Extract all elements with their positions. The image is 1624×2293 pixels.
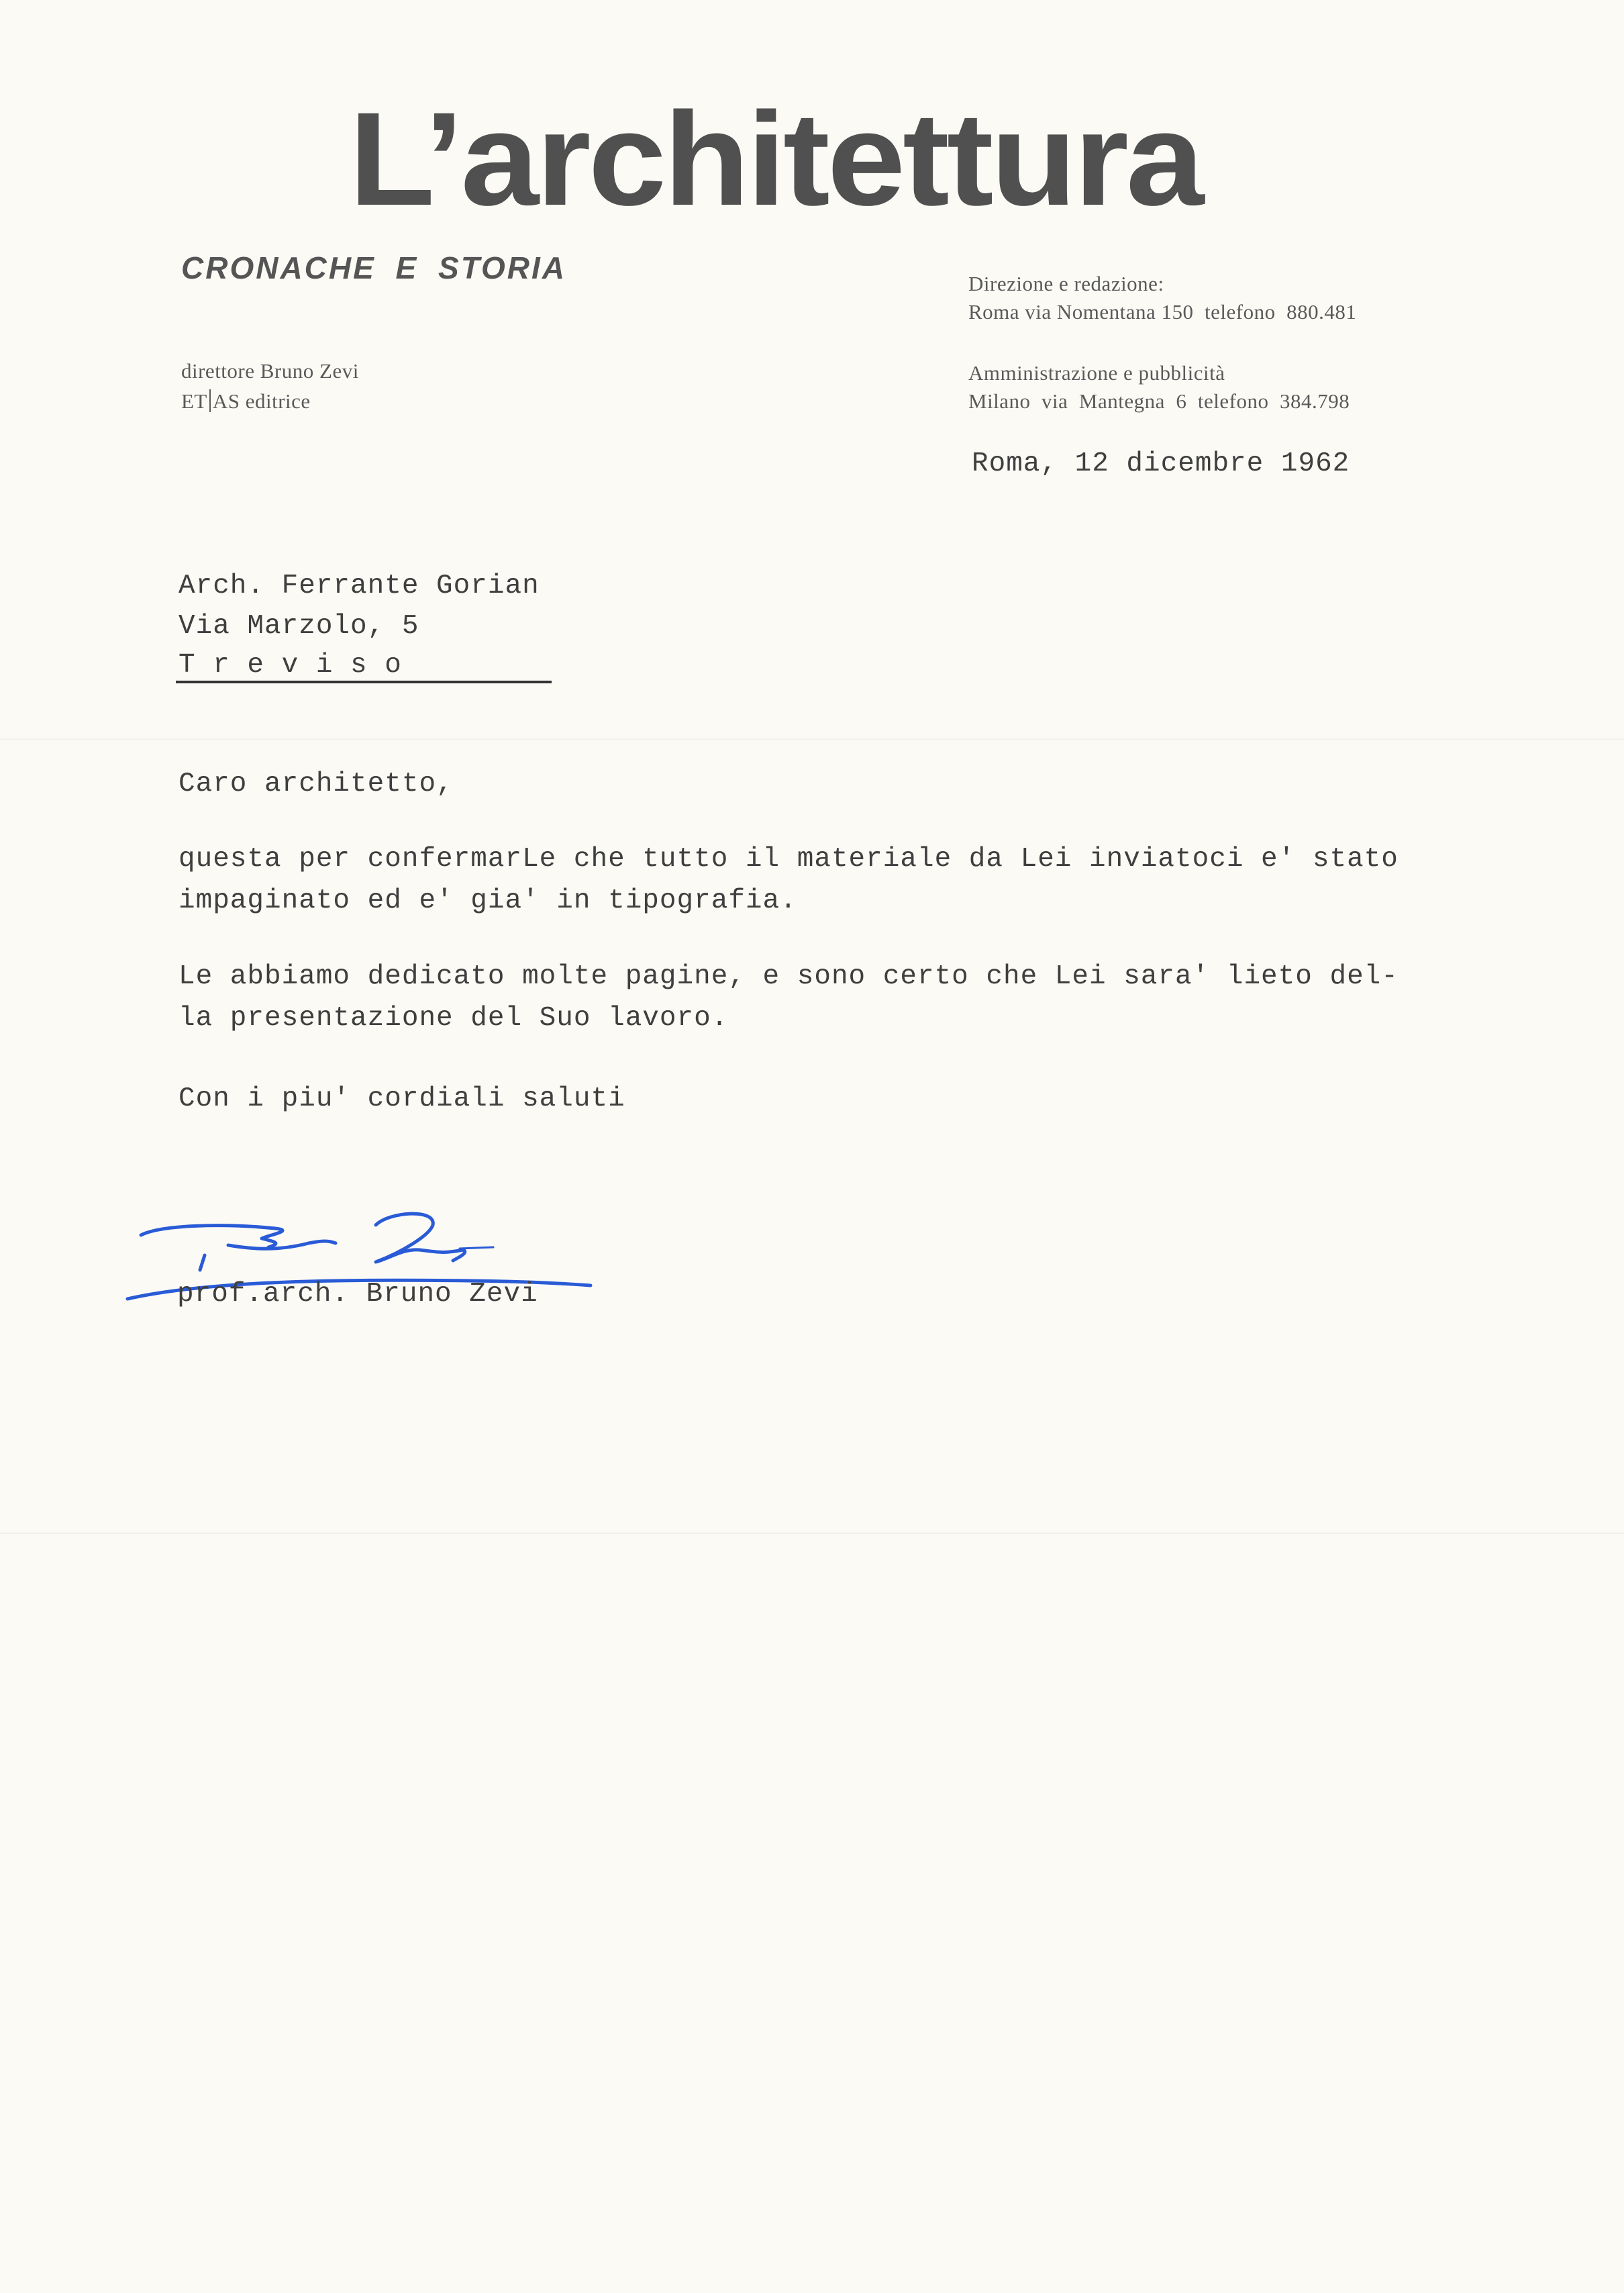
publisher-right: AS editrice bbox=[213, 389, 311, 413]
office2-address: Milano via Mantegna 6 telefono 384.798 bbox=[968, 389, 1350, 413]
recipient-city: T r e v i s o bbox=[179, 650, 402, 681]
letter-date: Roma, 12 dicembre 1962 bbox=[972, 448, 1350, 479]
paragraph-2-line-2: la presentazione del Suo lavoro. bbox=[179, 1003, 728, 1034]
publisher-divider bbox=[209, 389, 211, 412]
office2-label: Amministrazione e pubblicità bbox=[968, 361, 1225, 385]
recipient-city-underline bbox=[176, 681, 552, 683]
fold-line-lower bbox=[0, 1532, 1624, 1534]
publisher-left: ET bbox=[181, 389, 207, 413]
masthead-title: L’architettura bbox=[349, 93, 1201, 226]
director-line: direttore Bruno Zevi bbox=[181, 359, 359, 383]
salutation: Caro architetto, bbox=[179, 769, 454, 799]
office1-label: Direzione e redazione: bbox=[968, 272, 1164, 296]
paragraph-1-line-1: questa per confermarLe che tutto il mate… bbox=[179, 844, 1399, 875]
paragraph-2-line-1: Le abbiamo dedicato molte pagine, e sono… bbox=[179, 961, 1399, 992]
recipient-name: Arch. Ferrante Gorian bbox=[179, 571, 540, 601]
office1-address: Roma via Nomentana 150 telefono 880.481 bbox=[968, 300, 1356, 324]
closing: Con i piu' cordiali saluti bbox=[179, 1083, 625, 1114]
recipient-street: Via Marzolo, 5 bbox=[179, 611, 419, 642]
fold-line-upper bbox=[0, 738, 1624, 740]
publisher-line: ETAS editrice bbox=[181, 389, 311, 413]
signature-name: prof.arch. Bruno Zevi bbox=[177, 1279, 538, 1310]
paragraph-1-line-2: impaginato ed e' gia' in tipografia. bbox=[179, 885, 797, 916]
masthead-subtitle: CRONACHE E STORIA bbox=[181, 250, 566, 286]
